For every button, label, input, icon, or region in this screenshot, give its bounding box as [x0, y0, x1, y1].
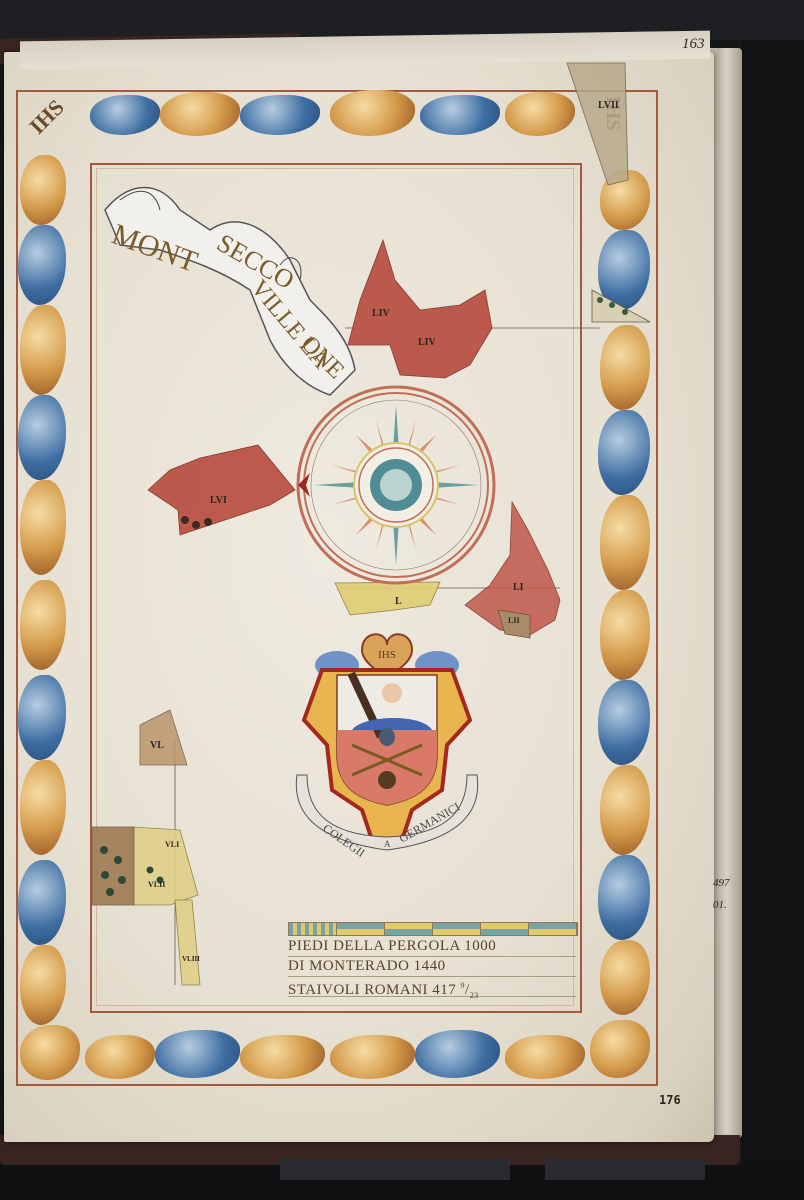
parcel-vl [140, 710, 187, 765]
scale-fraction-denominator: 23 [470, 991, 479, 1000]
scale-bar-segment [529, 923, 577, 935]
parcel-label: LVI [210, 495, 227, 506]
cadastral-map [0, 0, 804, 1200]
scale-line-staivoli-text: STAIVOLI ROMANI 417 [288, 982, 456, 998]
parcel-label: L [395, 596, 402, 607]
parcel-label: LIV [418, 337, 436, 348]
parcel-lvii [567, 63, 628, 185]
scale-bar-segment [481, 923, 529, 935]
scale-bar-segment [289, 923, 337, 935]
parcel-label: VL [150, 740, 164, 751]
parcel-label: VLII [148, 880, 165, 889]
parcel-liv [348, 240, 492, 378]
parcel-label: LVII [598, 100, 619, 111]
parcel-l [335, 582, 440, 615]
coat-of-arms: IHS COLEGII A GERMANICI [292, 625, 482, 860]
parcel-lvi [148, 445, 295, 535]
scale-bar [288, 922, 578, 936]
scale-bar-segment [385, 923, 433, 935]
parcel-label: VLIII [182, 955, 200, 963]
parcel-vlii-strip [175, 900, 200, 985]
parcel-label: LI [513, 582, 524, 593]
scale-line-staivoli: STAIVOLI ROMANI 417 9/23 [288, 976, 576, 997]
scale-line-pergola: PIEDI DELLA PERGOLA 1000 [288, 936, 576, 957]
map-scale-legend: PIEDI DELLA PERGOLA 1000 DI MONTERADO 14… [288, 922, 576, 998]
scale-fraction-numerator: 9 [461, 981, 466, 990]
parcel-label: VLI [165, 840, 179, 849]
parcel-vli [133, 827, 198, 905]
parcel-label: LIV [372, 308, 390, 319]
compass-rose [296, 385, 496, 585]
scale-line-monterado: DI MONTERADO 1440 [288, 956, 576, 977]
scale-bar-segment [337, 923, 385, 935]
parcel-small-wooded [592, 290, 650, 322]
coat-monogram: IHS [378, 649, 396, 661]
motto-word-2: A [384, 839, 391, 849]
scale-bar-segment [433, 923, 481, 935]
parcel-label: LII [508, 616, 520, 625]
